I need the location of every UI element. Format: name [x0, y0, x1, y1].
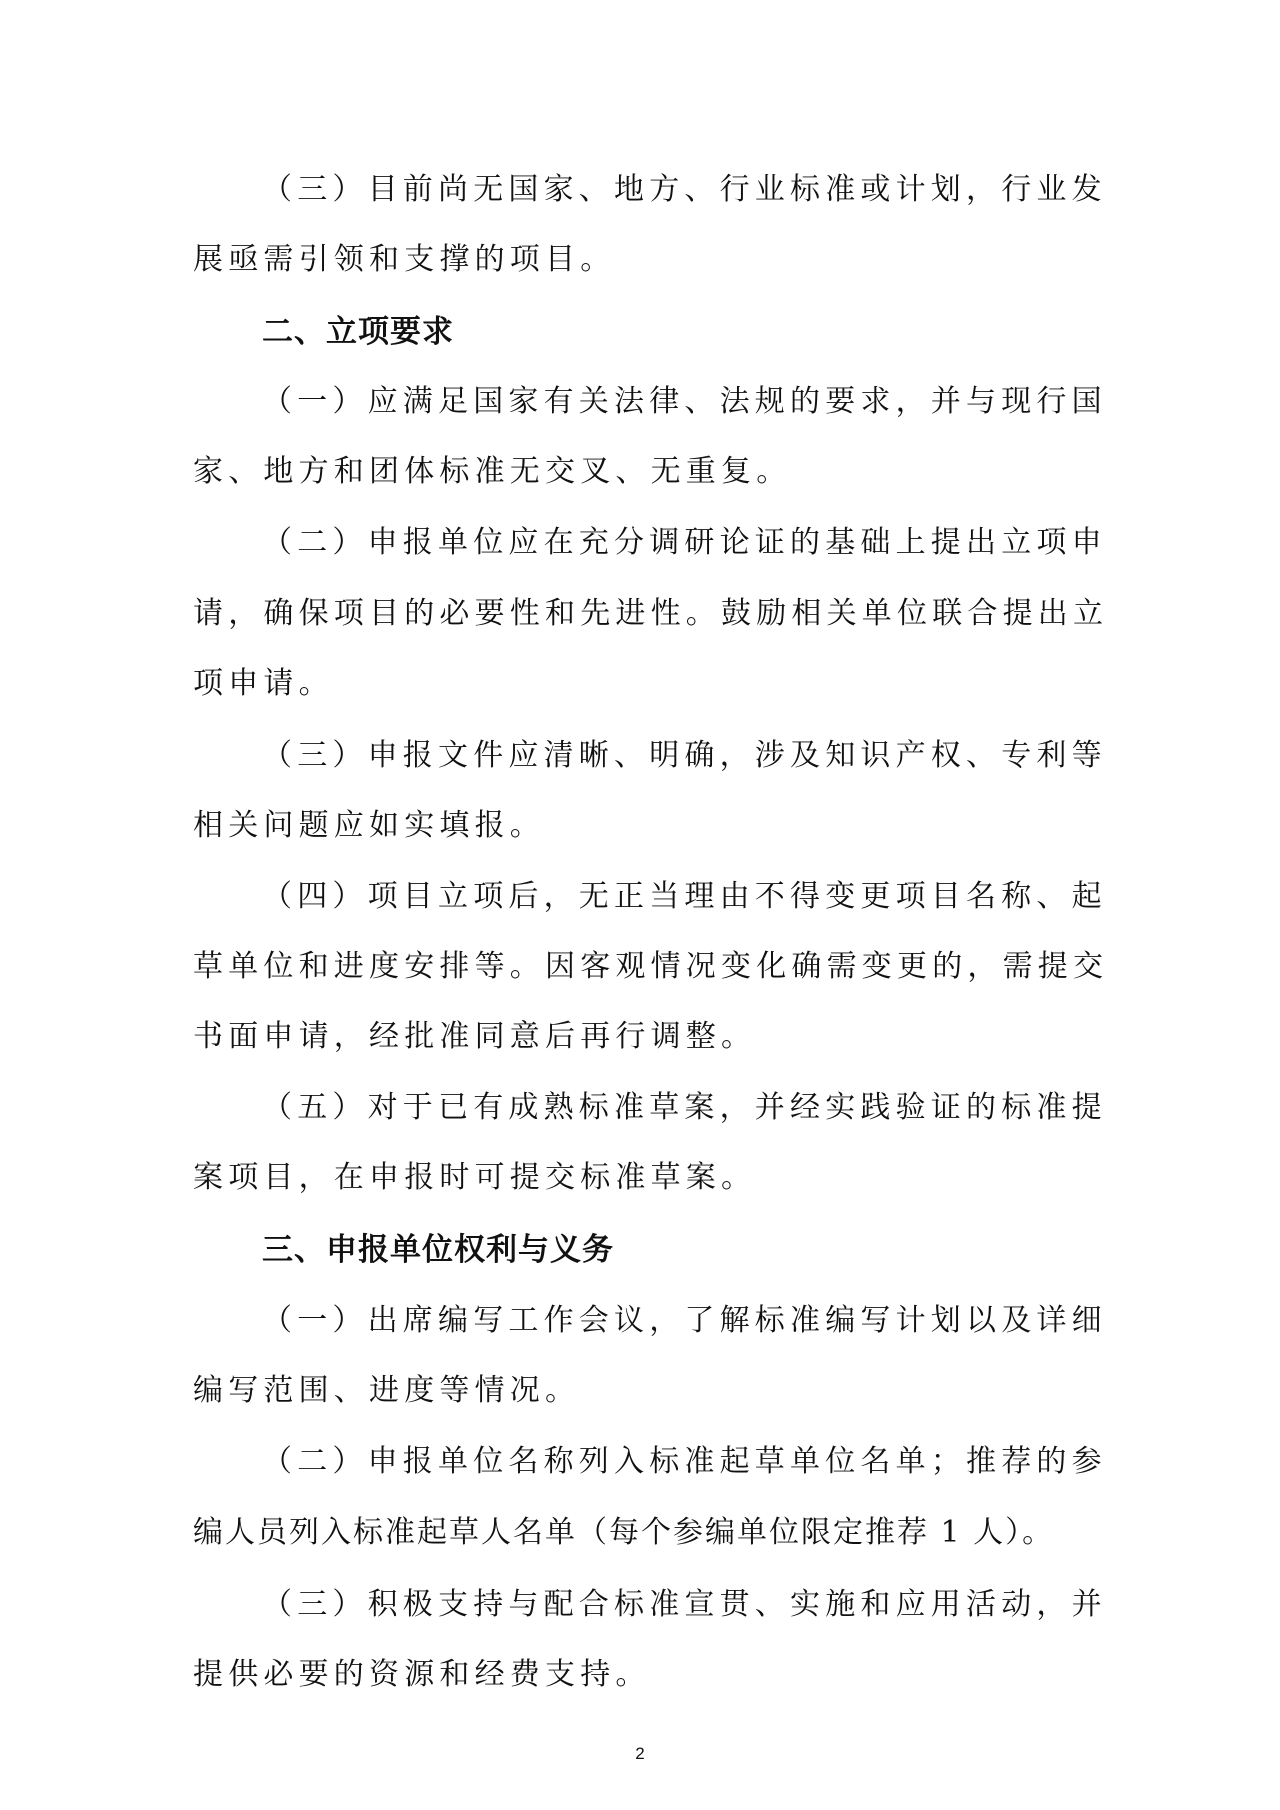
- paragraph-line: 提供必要的资源和经费支持。: [193, 1657, 1093, 1693]
- paragraph-line: 请，确保项目的必要性和先进性。鼓励相关单位联合提出立: [193, 596, 1093, 632]
- section-heading: 三、申报单位权利与义务: [262, 1232, 614, 1268]
- paragraph-line: 展亟需引领和支撑的项目。: [193, 242, 1093, 278]
- paragraph-line: （一）出席编写工作会议，了解标准编写计划以及详细: [262, 1303, 1092, 1339]
- section-heading: 二、立项要求: [262, 314, 454, 350]
- paragraph-line: （五）对于已有成熟标准草案，并经实践验证的标准提: [262, 1090, 1092, 1126]
- document-page: （三）目前尚无国家、地方、行业标准或计划，行业发 展亟需引领和支撑的项目。 二、…: [0, 0, 1280, 1810]
- paragraph-line: 书面申请，经批准同意后再行调整。: [193, 1019, 1093, 1055]
- paragraph-line: 家、地方和团体标准无交叉、无重复。: [193, 454, 1093, 490]
- paragraph-line: 相关问题应如实填报。: [193, 808, 1093, 844]
- paragraph-line: （三）目前尚无国家、地方、行业标准或计划，行业发: [262, 172, 1092, 208]
- paragraph-line: （三）申报文件应清晰、明确，涉及知识产权、专利等: [262, 738, 1092, 774]
- paragraph-line: 项申请。: [193, 666, 1093, 702]
- paragraph-line: （二）申报单位名称列入标准起草单位名单；推荐的参: [262, 1444, 1092, 1480]
- paragraph-line: 草单位和进度安排等。因客观情况变化确需变更的，需提交: [193, 949, 1093, 985]
- paragraph-line: （一）应满足国家有关法律、法规的要求，并与现行国: [262, 384, 1092, 420]
- paragraph-line: （三）积极支持与配合标准宣贯、实施和应用活动，并: [262, 1587, 1092, 1623]
- paragraph-line: （四）项目立项后，无正当理由不得变更项目名称、起: [262, 879, 1092, 915]
- paragraph-line: 编人员列入标准起草人名单（每个参编单位限定推荐 1 人）。: [193, 1515, 1093, 1551]
- paragraph-line: 案项目，在申报时可提交标准草案。: [193, 1160, 1093, 1196]
- page-number: 2: [0, 1744, 1280, 1764]
- paragraph-line: 编写范围、进度等情况。: [193, 1373, 1093, 1409]
- paragraph-line: （二）申报单位应在充分调研论证的基础上提出立项申: [262, 525, 1092, 561]
